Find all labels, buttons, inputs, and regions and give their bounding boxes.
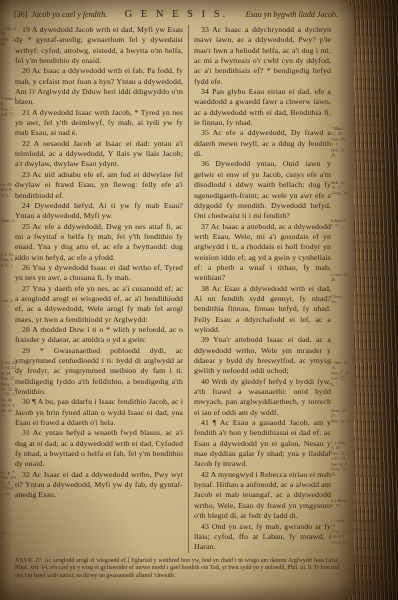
verse: 28 A rhodded Duw i ti o * wlith y nefoed… xyxy=(15,325,183,346)
margin-note: i 1 Ioan 3. 12. Exec. 35. 3 Amos 1. Obad… xyxy=(331,519,354,546)
verse: 40 Wrth dy gleddyf hefyd y byddi fyw, a'… xyxy=(194,377,331,418)
footnote: XXVII. 27. Ac aroglodd arogl ei wisgoedd… xyxy=(15,558,339,580)
margin-note: 5. 23, 22. 7. 11, 12. ac 24. Esa. 22. Sa… xyxy=(1,361,16,414)
verse: 39 Yna'r attebodd Isaac ei dad, ac a ddy… xyxy=(194,335,331,376)
verse: 36 Dywedodd yntau, Onid iawn y gelwir ei… xyxy=(194,159,331,221)
verse: 43 Ond yn awr, fy mab, gwrando ar fy lla… xyxy=(194,522,331,553)
page: [36]Jacob yn cael y fendith. G E N E S I… xyxy=(0,0,354,600)
margin-note: * Rhuf. 11. 29. Gen. 28. 1. 4. Heb. 11. … xyxy=(331,127,354,159)
page-number: [36] xyxy=(14,10,27,19)
verse: 24 Dywedodd hefyd, Ai ti yw fy mab Esau?… xyxy=(15,201,183,222)
margin-note: c Gen. 25. 26. xyxy=(331,273,354,284)
margin-note: Can. 2. xyxy=(1,299,16,304)
verse: 30 ¶ A bu, pan ddarfu i Isaac fendithio … xyxy=(15,397,183,428)
margin-note: b Ruth 3. 7, 8. xyxy=(331,219,354,230)
running-head-left-text: Jacob yn cael y fendith. xyxy=(31,10,107,19)
verse: 23 Ac nid adnabu efe ef, am fod ei ddwyl… xyxy=(15,170,183,201)
margin-note: c 1. 19, Can. 4. 11. b 12. j. xyxy=(1,253,16,269)
margin-note: rh. 43. Suf. 9, 1, ix. xyxy=(1,183,16,199)
verse: 42 A mynegwyd i Rebecca eiriau ei mab hy… xyxy=(194,470,331,522)
verse: 41 ¶ Ac Esau a gasaodd Jacob, am y fendi… xyxy=(194,418,331,470)
book-photo: [36]Jacob yn cael y fendith. G E N E S I… xyxy=(0,0,398,600)
margin-note: Heb. 12. 16, 17. (Num. 30. xyxy=(331,181,354,197)
margin-note: Rhuf. 2. 9. xyxy=(1,219,16,224)
margin-note: * 2 Sam. 8. 14. Gen. 12. 3 a 22. 18. Sau… xyxy=(331,441,354,478)
margin-note: b 2 Bren. 8. 18. xyxy=(331,499,354,510)
running-head-right: Esau yn bygwth lladd Jacob. xyxy=(246,10,338,19)
verse: 32 Ac Isaac ei dad a ddywedodd wrtho, Pw… xyxy=(15,470,183,501)
verse: 20 Ac Isaac a ddywedodd wrth ei fab, Pa … xyxy=(15,66,183,107)
margin-note: | Diod. Jur. xyxy=(331,295,354,306)
margin-note: a Adn. 25, 34. Rhuf. 2. 28. xyxy=(1,27,16,48)
verse: 22 A nesaodd Jacob at Isaac ei dad: ynta… xyxy=(15,139,183,170)
verse: 34 Pan glybu Esau eiriau ei dad, efe a w… xyxy=(194,87,331,128)
verse: 35 Ac efe a ddywedodd, Dy frawd a ddaeth… xyxy=(194,128,331,159)
verse: 29 * Gwasanaethed pobloedd dydi, ac ymgr… xyxy=(15,346,183,398)
margin-note: Jen. 3. xyxy=(1,531,16,542)
margin-note: * Heb. 12. 16. Mat. 5. 24 Gen. 35. 6, 7. xyxy=(331,361,354,388)
margin-note: Deut. 33 27. Mat. 20. 34 xyxy=(331,409,354,425)
verse: 38 Ac Esau a ddywedodd wrth ei dad, Ai u… xyxy=(194,284,331,336)
verse: 31 Ac yntau hefyd a wnaeth fwyd blasus, … xyxy=(15,428,183,469)
book-title: G E N E S I S. xyxy=(125,9,229,20)
page-header: [36]Jacob yn cael y fendith. G E N E S I… xyxy=(14,9,338,20)
text-columns: 19 A dywedodd Jacob wrth ei dad, Myfi yw… xyxy=(15,25,331,553)
verse: 33 Ac Isaac a ddychrynodd a dychryn mawr… xyxy=(194,25,331,87)
verse: 27 Yna y daeth efe yn nes, ac a'i cusano… xyxy=(15,284,183,325)
verse: 21 A dywedodd Isaac wrth Jacob, * Tyred … xyxy=(15,108,183,139)
margin-note: * Salm 4. 8 Esa. 17, 19 Jud. 72: 28 xyxy=(1,97,16,118)
verse: 26 Yna y dywedodd Isaac ei dad wrtho ef,… xyxy=(15,263,183,284)
margin-notes-right: * Rhuf. 11. 29. Gen. 28. 1. 4. Heb. 11. … xyxy=(331,25,354,547)
margin-notes-left: a Adn. 25, 34. Rhuf. 2. 28.* Salm 4. 8 E… xyxy=(1,25,16,547)
running-head-left: [36]Jacob yn cael y fendith. xyxy=(14,10,107,19)
verse: 25 Ac efe a ddywedodd, Dwg yn nes attaf … xyxy=(15,222,183,263)
text-column-right: 33 Ac Isaac a ddychrynodd a dychryn mawr… xyxy=(189,25,331,553)
margin-note: Ec. p. 7. Mat. 104. Ec. 9. 7. 2 Cron. n.… xyxy=(1,471,16,498)
text-column-left: 19 A dywedodd Jacob wrth ei dad, Myfi yw… xyxy=(15,25,189,553)
verse: 37 Ac Isaac a attebodd, ac a ddywedodd w… xyxy=(194,222,331,284)
verse: 19 A dywedodd Jacob wrth ei dad, Myfi yw… xyxy=(15,25,183,66)
